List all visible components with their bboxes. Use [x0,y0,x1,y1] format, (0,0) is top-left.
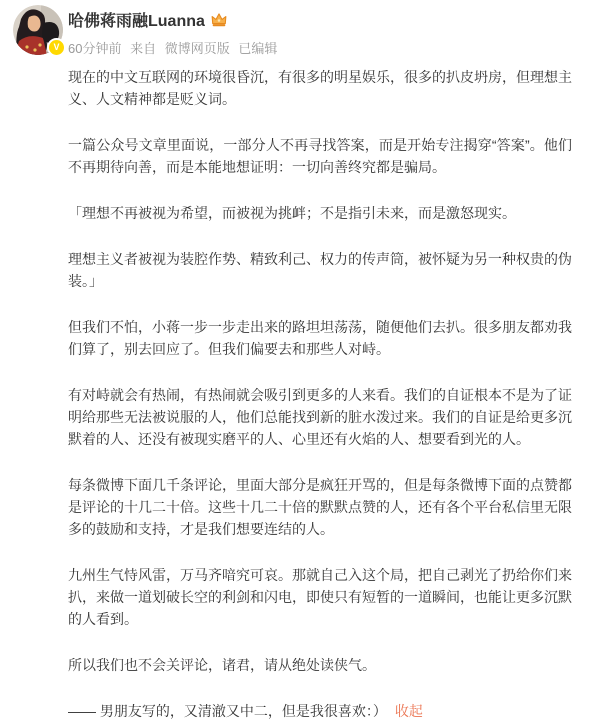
paragraph: 理想主义者被视为装腔作势、精致利己、权力的传声筒，被怀疑为另一种权贵的伪装。」 [68,248,572,292]
crown-icon [210,11,228,29]
collapse-link[interactable]: 收起 [395,703,423,719]
paragraph: 一篇公众号文章里面说，一部分人不再寻找答案，而是开始专注揭穿“答案”。他们不再期… [68,134,572,178]
paragraph: 现在的中文互联网的环境很昏沉，有很多的明星娱乐，很多的扒皮坍房，但理想主义、人文… [68,66,572,110]
header-text: 哈佛蒋雨融Luanna 60分钟前 来自 微博网页版 已编辑 [0,0,592,57]
post-meta: 60分钟前 来自 微博网页版 已编辑 [68,38,592,57]
vip-v-badge-icon: V [47,38,66,57]
paragraph: 每条微博下面几千条评论，里面大部分是疯狂开骂的，但是每条微博下面的点赞都是评论的… [68,474,572,540]
paragraph: 九州生气恃风雷，万马齐喑究可哀。那就自己入这个局，把自己剥光了扔给你们来扒，来做… [68,564,572,630]
username[interactable]: 哈佛蒋雨融Luanna [68,8,205,31]
footer-line: —— 男朋友写的，又清澈又中二，但是我很喜欢：）收起 [68,700,572,722]
timestamp[interactable]: 60分钟前 [68,41,121,56]
paragraph: 有对峙就会有热闹，有热闹就会吸引到更多的人来看。我们的自证根本不是为了证明给那些… [68,384,572,450]
source-label: 来自 [130,41,156,56]
paragraph: 所以我们也不会关评论，诸君，请从绝处读侠气。 [68,654,572,676]
edited-label[interactable]: 已编辑 [238,41,277,56]
source-link[interactable]: 微博网页版 [165,41,230,56]
footer-text: —— 男朋友写的，又清澈又中二，但是我很喜欢：） [68,703,387,719]
post-header: V 哈佛蒋雨融Luanna 60分钟前 来自 微博网页版 已编辑 [0,0,592,58]
paragraph: 「理想不再被视为希望，而被视为挑衅；不是指引未来，而是激怒现实。 [68,202,572,224]
weibo-post: V 哈佛蒋雨融Luanna 60分钟前 来自 微博网页版 已编辑 现在的中文互联… [0,0,592,725]
avatar[interactable]: V [13,5,63,55]
paragraph: 但我们不怕，小蒋一步一步走出来的路坦坦荡荡，随便他们去扒。很多朋友都劝我们算了，… [68,316,572,360]
post-content: 现在的中文互联网的环境很昏沉，有很多的明星娱乐，很多的扒皮坍房，但理想主义、人文… [68,66,572,722]
